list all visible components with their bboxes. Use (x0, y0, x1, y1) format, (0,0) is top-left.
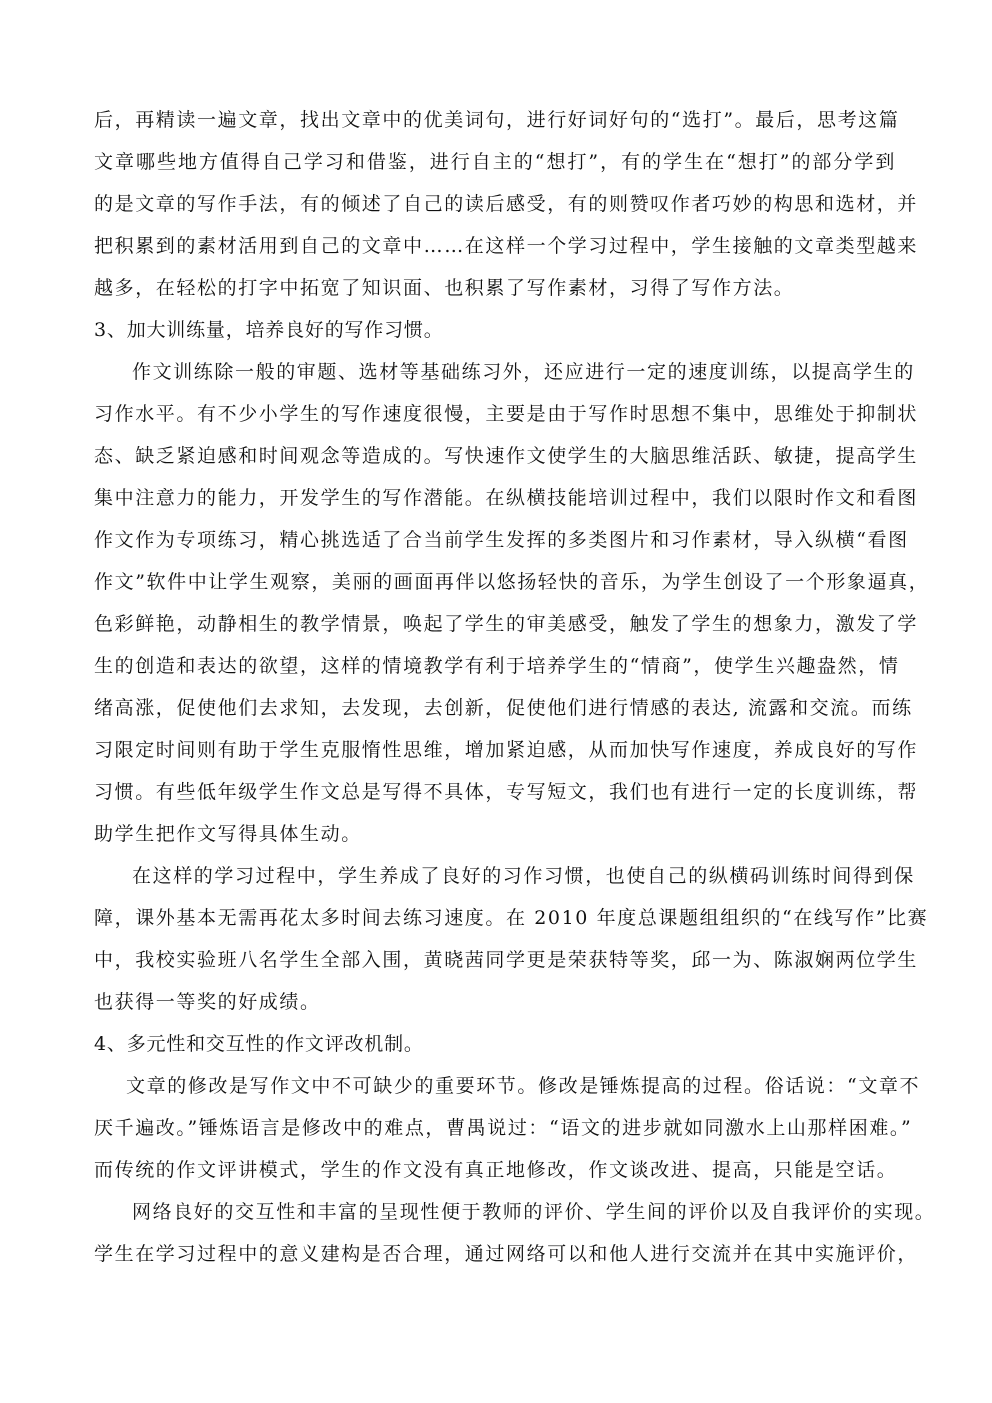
text-line: 越多，在轻松的打字中拓宽了知识面、也积累了写作素材，习得了写作方法。 (94, 272, 896, 314)
paragraph-revision: 文章的修改是写作文中不可缺少的重要环节。修改是锤炼提高的过程。俗话说：“文章不 … (94, 1070, 896, 1196)
text-line: 作文作为专项练习，精心挑选适了合当前学生发挥的多类图片和习作素材，导入纵横“看图 (94, 524, 896, 566)
text-line: 习限定时间则有助于学生克服惰性思维，增加紧迫感，从而加快写作速度，养成良好的写作 (94, 734, 896, 776)
text-line: 态、缺乏紧迫感和时间观念等造成的。写快速作文使学生的大脑思维活跃、敏捷，提高学生 (94, 440, 896, 482)
text-line: 习作水平。有不少小学生的写作速度很慢，主要是由于写作时思想不集中，思维处于抑制状 (94, 398, 896, 440)
text-line: 习惯。有些低年级学生作文总是写得不具体，专写短文，我们也有进行一定的长度训练，帮 (94, 776, 896, 818)
text-line: 网络良好的交互性和丰富的呈现性便于教师的评价、学生间的评价以及自我评价的实现。 (94, 1196, 896, 1238)
text-line: 也获得一等奖的好成绩。 (94, 986, 896, 1028)
text-line: 后，再精读一遍文章，找出文章中的优美词句，进行好词好句的“选打”。最后，思考这篇 (94, 104, 896, 146)
text-line: 文章的修改是写作文中不可缺少的重要环节。修改是锤炼提高的过程。俗话说：“文章不 (94, 1070, 896, 1112)
text-line: 集中注意力的能力，开发学生的写作潜能。在纵横技能培训过程中，我们以限时作文和看图 (94, 482, 896, 524)
text-line: 生的创造和表达的欲望，这样的情境教学有利于培养学生的“情商”，使学生兴趣盎然，情 (94, 650, 896, 692)
text-line: 作文”软件中让学生观察，美丽的画面再伴以悠扬轻快的音乐，为学生创设了一个形象逼真… (94, 566, 896, 608)
text-line: 绪高涨，促使他们去求知，去发现，去创新，促使他们进行情感的表达, 流露和交流。而… (94, 692, 896, 734)
text-line: 而传统的作文评讲模式，学生的作文没有真正地修改，作文谈改进、提高，只能是空话。 (94, 1154, 896, 1196)
paragraph-continued: 后，再精读一遍文章，找出文章中的优美词句，进行好词好句的“选打”。最后，思考这篇… (94, 104, 896, 314)
text-line: 作文训练除一般的审题、选材等基础练习外，还应进行一定的速度训练，以提高学生的 (94, 356, 896, 398)
text-line: 助学生把作文写得具体生动。 (94, 818, 896, 860)
text-line: 学生在学习过程中的意义建构是否合理，通过网络可以和他人进行交流并在其中实施评价， (94, 1238, 896, 1280)
text-line: 在这样的学习过程中，学生养成了良好的习作习惯，也使自己的纵横码训练时间得到保 (94, 860, 896, 902)
paragraph-speed-training: 作文训练除一般的审题、选材等基础练习外，还应进行一定的速度训练，以提高学生的 习… (94, 356, 896, 860)
text-line: 的是文章的写作手法，有的倾述了自己的读后感受，有的则赞叹作者巧妙的构思和选材，并 (94, 188, 896, 230)
text-line: 中，我校实验班八名学生全部入围，黄晓茜同学更是荣获特等奖，邱一为、陈淑娴两位学生 (94, 944, 896, 986)
text-line: 厌千遍改。”锤炼语言是修改中的难点，曹禺说过：“语文的进步就如同激水上山那样困难… (94, 1112, 896, 1154)
section-heading-3: 3、加大训练量，培养良好的写作习惯。 (94, 314, 896, 356)
text-line: 障，课外基本无需再花太多时间去练习速度。在 2010 年度总课题组组织的“在线写… (94, 902, 896, 944)
paragraph-network: 网络良好的交互性和丰富的呈现性便于教师的评价、学生间的评价以及自我评价的实现。 … (94, 1196, 896, 1280)
document-page: 后，再精读一遍文章，找出文章中的优美词句，进行好词好句的“选打”。最后，思考这篇… (94, 104, 896, 1280)
text-line: 色彩鲜艳，动静相生的教学情景，唤起了学生的审美感受，触发了学生的想象力，激发了学 (94, 608, 896, 650)
text-line: 把积累到的素材活用到自己的文章中……在这样一个学习过程中，学生接触的文章类型越来 (94, 230, 896, 272)
section-heading-4: 4、多元性和交互性的作文评改机制。 (94, 1028, 896, 1070)
text-line: 文章哪些地方值得自己学习和借鉴，进行自主的“想打”，有的学生在“想打”的部分学到 (94, 146, 896, 188)
paragraph-results: 在这样的学习过程中，学生养成了良好的习作习惯，也使自己的纵横码训练时间得到保 障… (94, 860, 896, 1028)
